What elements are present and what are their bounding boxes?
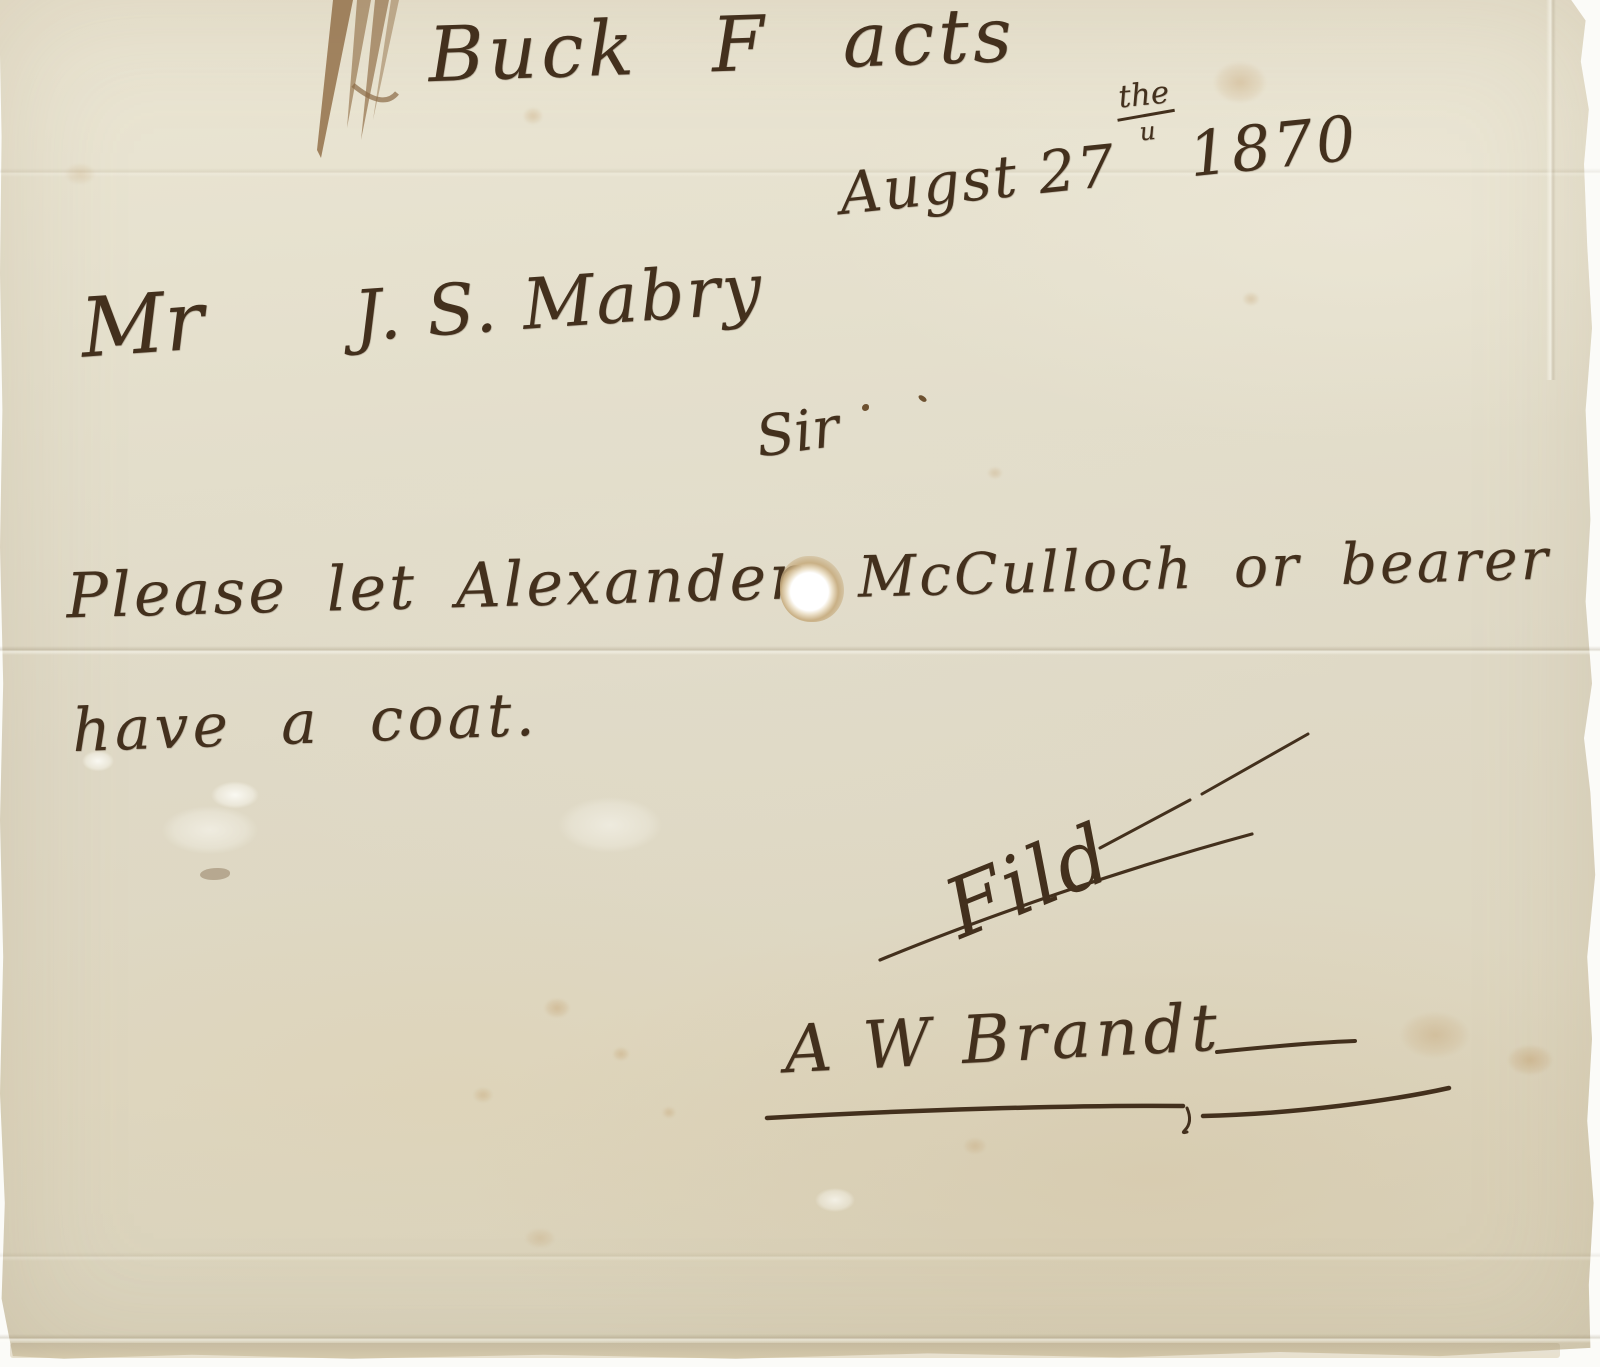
flourish-word: Fild bbox=[930, 806, 1125, 958]
filed-flourish: Fild bbox=[852, 712, 1332, 992]
addressee-honorific: Mr bbox=[78, 273, 207, 376]
date-superscript: the u bbox=[1113, 77, 1177, 147]
paper-sheet bbox=[0, 0, 1600, 1367]
signature-underline bbox=[755, 1026, 1465, 1146]
salutation: Sir bbox=[752, 395, 843, 471]
scanned-letter: Buck F acts Augst 27 the u 1870 Mr J. S.… bbox=[0, 0, 1600, 1367]
paper-hole bbox=[780, 556, 844, 622]
ink-smear bbox=[295, 0, 435, 175]
